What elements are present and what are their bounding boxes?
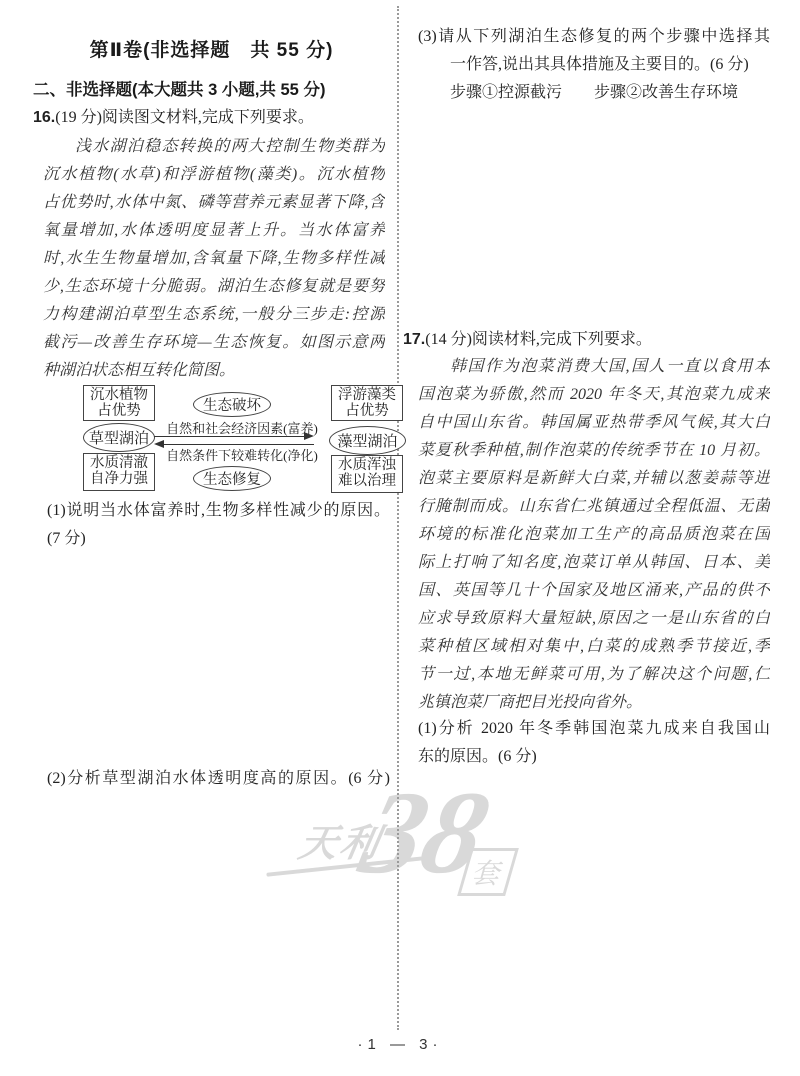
question-16-sub3: (3)请从下列湖泊生态修复的两个步骤中选择其 一作答,说出其具体措施及主要目的。… [418,23,770,107]
diagram-box-planktonic-algae: 浮游藻类 占优势 [331,385,403,421]
question-16-material: 浅水湖泊稳态转换的两大控制生物类群为沉水植物(水草)和浮游植物(藻类)。沉水植物… [43,133,385,385]
material-line: 行腌制而成。山东省仁兆镇通过全程低温、无菌 [418,493,770,521]
diagram-box-line: 占优势 [84,403,154,419]
diagram-box-line: 水质清澈 [84,455,154,471]
question-17-sub1: (1)分析 2020 年冬季韩国泡菜九成来自我国山 东的原因。(6 分) [418,715,770,771]
question-17-sub1-line2: 东的原因。(6 分) [418,743,770,771]
material-line: 兆镇泡菜厂商把目光投向省外。 [418,689,770,717]
diagram-ellipse-eco-restoration: 生态修复 [193,466,271,491]
diagram-ellipse-grass-lake: 草型湖泊 [83,423,155,452]
material-line: 种湖泊状态相互转化简图。 [43,357,385,385]
diagram-box-line: 自净力强 [84,471,154,487]
material-line: 时,水生生物量增加,含氧量下降,生物多样性减 [43,245,385,273]
material-line: 菜种植区域相对集中,白菜的成熟季节接近,季 [418,633,770,661]
material-line: 应求导致原料大量短缺,原因之一是山东省的白 [418,605,770,633]
question-17-number: 17. [403,331,425,348]
question-16-sub3-line2: 一作答,说出其具体措施及主要目的。(6 分) [418,51,770,79]
material-line: 节一过,本地无鲜菜可用,为了解决这个问题,仁 [418,661,770,689]
section-heading: 二、非选择题(本大题共 3 小题,共 55 分) [33,76,390,100]
material-line: 截污—改善生存环境—生态恢复。如图示意两 [43,329,385,357]
question-16-sub1: (1)说明当水体富养时,生物多样性减少的原因。 (7 分) [47,497,390,553]
question-16-sub1-line1: (1)说明当水体富养时,生物多样性减少的原因。 [47,497,390,525]
lake-state-diagram: 沉水植物 占优势 草型湖泊 水质清澈 自净力强 生态破坏 自然和社会经济因素(富… [78,382,408,495]
left-column: 第Ⅱ卷(非选择题 共 55 分) 二、非选择题(本大题共 3 小题,共 55 分… [33,0,390,1076]
diagram-box-turbid-water: 水质浑浊 难以治理 [331,455,403,493]
question-16-number: 16. [33,109,55,126]
diagram-box-line: 占优势 [332,403,402,419]
column-divider [397,6,399,1030]
material-line: 国泡菜为骄傲,然而 2020 年冬天,其泡菜九成来 [418,381,770,409]
diagram-box-submerged-plants: 沉水植物 占优势 [83,385,155,421]
material-line: 少,生态环境十分脆弱。湖泊生态修复就是要努 [43,273,385,301]
question-17-material: 韩国作为泡菜消费大国,国人一直以食用本国泡菜为骄傲,然而 2020 年冬天,其泡… [418,353,770,717]
page-title: 第Ⅱ卷(非选择题 共 55 分) [33,35,390,62]
diagram-box-line: 水质浑浊 [332,457,402,473]
question-17-stem: 17.(14 分)阅读材料,完成下列要求。 [403,326,775,349]
material-line: 力构建湖泊草型生态系统,一般分三步走:控源 [43,301,385,329]
question-16-sub2: (2)分析草型湖泊水体透明度高的原因。(6 分) [47,765,390,793]
question-16-stem-text: (19 分)阅读图文材料,完成下列要求。 [55,109,314,126]
page-number: ·1 — 3· [0,1036,800,1053]
question-17-stem-text: (14 分)阅读材料,完成下列要求。 [425,331,652,348]
diagram-ellipse-eco-destruction: 生态破坏 [193,392,271,417]
material-line: 沉水植物(水草)和浮游植物(藻类)。沉水植物 [43,161,385,189]
question-16-stem: 16.(19 分)阅读图文材料,完成下列要求。 [33,104,390,127]
diagram-ellipse-algae-lake: 藻型湖泊 [329,426,406,455]
question-17-sub1-line1: (1)分析 2020 年冬季韩国泡菜九成来自我国山 [418,715,770,743]
material-line: 自中国山东省。韩国属亚热带季风气候,其大白 [418,409,770,437]
material-line: 浅水湖泊稳态转换的两大控制生物类群为 [43,133,385,161]
material-line: 际上打响了知名度,泡菜订单从韩国、日本、美 [418,549,770,577]
material-line: 国、英国等几十个国家及地区涌来,产品的供不 [418,577,770,605]
question-16-sub1-line2: (7 分) [47,525,390,553]
diagram-box-line: 难以治理 [332,473,402,489]
material-line: 泡菜主要原料是新鲜大白菜,并辅以葱姜蒜等进 [418,465,770,493]
diagram-box-line: 沉水植物 [84,387,154,403]
material-line: 韩国作为泡菜消费大国,国人一直以食用本 [418,353,770,381]
question-16-sub3-line1: (3)请从下列湖泊生态修复的两个步骤中选择其 [418,23,770,51]
material-line: 菜夏秋季种植,制作泡菜的传统季节在 10 月初。 [418,437,770,465]
right-column: (3)请从下列湖泊生态修复的两个步骤中选择其 一作答,说出其具体措施及主要目的。… [403,0,775,1076]
diagram-box-line: 浮游藻类 [332,387,402,403]
exam-page: 天利 38 套 第Ⅱ卷(非选择题 共 55 分) 二、非选择题(本大题共 3 小… [0,0,800,1076]
diagram-arrow-left-label: 自然条件下较难转化(净化) [154,445,330,464]
question-16-sub3-steps: 步骤①控源截污 步骤②改善生存环境 [418,79,770,107]
material-line: 占优势时,水体中氮、磷等营养元素显著下降,含 [43,189,385,217]
material-line: 氧量增加,水体透明度显著上升。当水体富养 [43,217,385,245]
material-line: 环境的标准化泡菜加工生产的高品质泡菜在国 [418,521,770,549]
diagram-box-clear-water: 水质清澈 自净力强 [83,453,155,491]
